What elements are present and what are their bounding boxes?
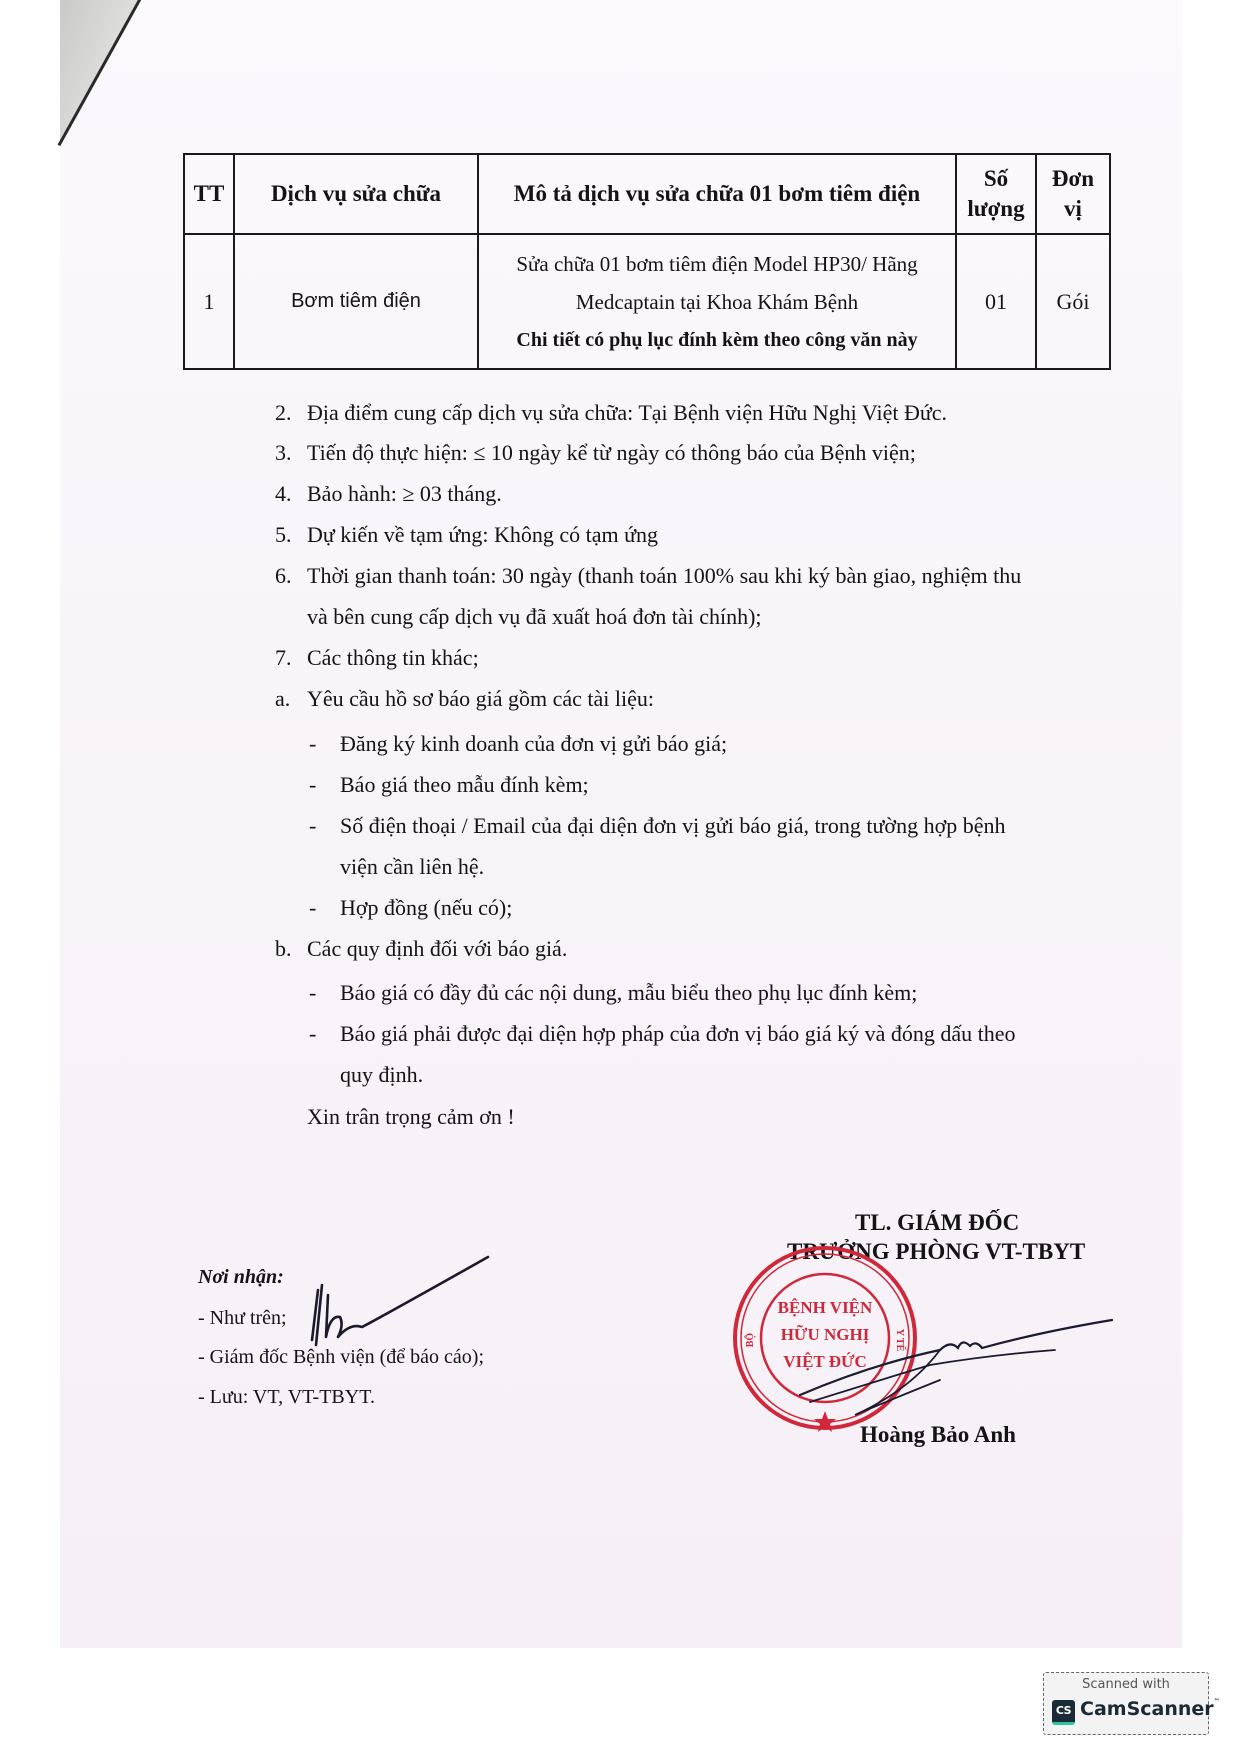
item-marker: 5.: [275, 521, 292, 549]
watermark-brand: CamScanner™: [1080, 1698, 1220, 1720]
cell-unit: Gói: [1036, 234, 1110, 369]
bullet-dash: -: [309, 1020, 316, 1048]
item-marker: 6.: [275, 562, 292, 590]
bullet-dash: -: [309, 812, 316, 840]
item-location: Địa điểm cung cấp dịch vụ sửa chữa: Tại …: [307, 399, 947, 427]
header-unit: Đơn vị: [1036, 154, 1110, 234]
table-row: 1 Bơm tiêm điện Sửa chữa 01 bơm tiêm điệ…: [184, 234, 1110, 369]
header-unit-l2: vị: [1037, 194, 1109, 224]
item-marker: 3.: [275, 439, 292, 467]
cell-service: Bơm tiêm điện: [234, 234, 478, 369]
service-table: TT Dịch vụ sửa chữa Mô tả dịch vụ sửa ch…: [183, 153, 1111, 370]
header-description: Mô tả dịch vụ sửa chữa 01 bơm tiêm điện: [478, 154, 956, 234]
section-marker: b.: [275, 935, 292, 963]
bullet-dash: -: [309, 979, 316, 1007]
header-service: Dịch vụ sửa chữa: [234, 154, 478, 234]
cell-quantity: 01: [956, 234, 1036, 369]
table-header-row: TT Dịch vụ sửa chữa Mô tả dịch vụ sửa ch…: [184, 154, 1110, 234]
trademark-mark: ™: [1214, 1698, 1220, 1705]
section-marker: a.: [275, 685, 290, 713]
bullet-item: Đăng ký kinh doanh của đơn vị gửi báo gi…: [340, 730, 727, 758]
section-a-title: Yêu cầu hồ sơ báo giá gồm các tài liệu:: [307, 685, 654, 713]
item-payment-cont: và bên cung cấp dịch vụ đã xuất hoá đơn …: [307, 603, 762, 631]
bullet-item: Báo giá theo mẫu đính kèm;: [340, 771, 589, 799]
bullet-dash: -: [309, 771, 316, 799]
description-line: Sửa chữa 01 bơm tiêm điện Model HP30/ Hã…: [479, 245, 955, 283]
header-quantity-l2: lượng: [957, 194, 1035, 224]
item-advance: Dự kiến về tạm ứng: Không có tạm ứng: [307, 521, 658, 549]
watermark-brand-text: CamScanner: [1080, 1698, 1214, 1720]
item-warranty: Bảo hành: ≥ 03 tháng.: [307, 480, 502, 508]
cell-description: Sửa chữa 01 bơm tiêm điện Model HP30/ Hã…: [478, 234, 956, 369]
cell-tt: 1: [184, 234, 234, 369]
bullet-dash: -: [309, 730, 316, 758]
item-payment: Thời gian thanh toán: 30 ngày (thanh toá…: [307, 562, 1021, 590]
bullet-item-cont: viện cần liên hệ.: [340, 853, 484, 881]
svg-text:BỘ: BỘ: [743, 1333, 756, 1348]
header-quantity: Số lượng: [956, 154, 1036, 234]
description-note: Chi tiết có phụ lục đính kèm theo công v…: [479, 321, 955, 359]
bullet-item: Báo giá có đầy đủ các nội dung, mẫu biểu…: [340, 979, 917, 1007]
camscanner-watermark: Scanned with CS CamScanner™: [1043, 1672, 1209, 1735]
section-b-title: Các quy định đối với báo giá.: [307, 935, 567, 963]
header-unit-l1: Đơn: [1037, 164, 1109, 194]
recipients-title: Nơi nhận:: [198, 1264, 284, 1290]
signer-name: Hoàng Bảo Anh: [860, 1421, 1016, 1449]
director-signature-icon: [790, 1310, 1120, 1420]
header-tt: TT: [184, 154, 234, 234]
watermark-scanned-with: Scanned with: [1044, 1677, 1208, 1692]
header-quantity-l1: Số: [957, 164, 1035, 194]
item-schedule: Tiến độ thực hiện: ≤ 10 ngày kể từ ngày …: [307, 439, 916, 467]
closing-text: Xin trân trọng cảm ơn !: [307, 1103, 515, 1131]
initials-signature-icon: [300, 1245, 500, 1355]
bullet-item-cont: quy định.: [340, 1061, 423, 1089]
signature-title-1: TL. GIÁM ĐỐC: [855, 1209, 1019, 1237]
description-line: Medcaptain tại Khoa Khám Bệnh: [479, 283, 955, 321]
bullet-item: Báo giá phải được đại diện hợp pháp của …: [340, 1020, 1016, 1048]
recipient-line: - Lưu: VT, VT-TBYT.: [198, 1384, 375, 1410]
bullet-dash: -: [309, 894, 316, 922]
recipient-line: - Như trên;: [198, 1305, 287, 1331]
item-marker: 4.: [275, 480, 292, 508]
bullet-item: Số điện thoại / Email của đại diện đơn v…: [340, 812, 1005, 840]
bullet-item: Hợp đồng (nếu có);: [340, 894, 512, 922]
item-marker: 2.: [275, 399, 292, 427]
camscanner-logo-icon: CS: [1052, 1700, 1075, 1725]
item-other-info: Các thông tin khác;: [307, 644, 479, 672]
item-marker: 7.: [275, 644, 292, 672]
